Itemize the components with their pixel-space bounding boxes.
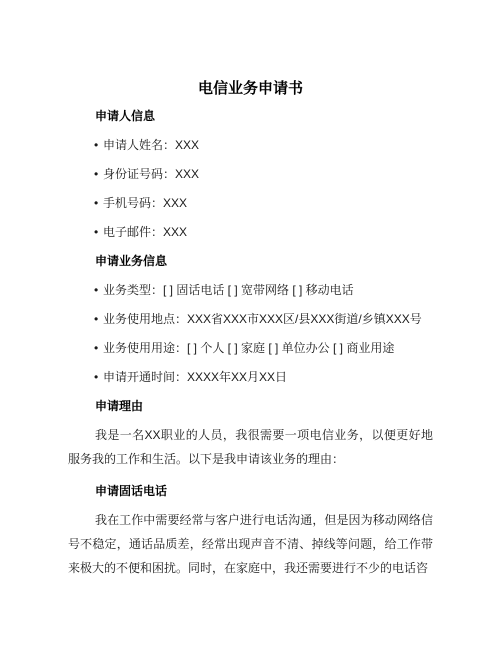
list-item-text: 申请人姓名：XXX	[103, 138, 199, 152]
bullet-icon: •	[94, 278, 103, 302]
list-item-text: 申请开通时间：XXXX年XX月XX日	[103, 370, 287, 384]
list-item-service-purpose: •业务使用用途：[ ] 个人 [ ] 家庭 [ ] 单位办公 [ ] 商业用途	[94, 336, 433, 360]
bullet-icon: •	[94, 162, 103, 186]
list-item-text: 身份证号码：XXX	[103, 167, 199, 181]
list-item-id-number: •身份证号码：XXX	[94, 162, 433, 186]
list-item-applicant-name: •申请人姓名：XXX	[94, 133, 433, 157]
list-item-text: 业务类型：[ ] 固话电话 [ ] 宽带网络 [ ] 移动电话	[103, 283, 354, 297]
paragraph-reason-intro: 我是一名XX职业的人员，我很需要一项电信业务，以便更好地服务我的工作和生活。以下…	[68, 423, 433, 471]
bullet-icon: •	[94, 133, 103, 157]
bullet-icon: •	[94, 307, 103, 331]
section-heading-fixed-line-request: 申请固话电话	[95, 479, 433, 503]
section-heading-service-info: 申请业务信息	[95, 249, 433, 273]
bullet-icon: •	[94, 365, 103, 389]
list-item-mobile-number: •手机号码：XXX	[94, 191, 433, 215]
list-item-text: 业务使用地点：XXX省XXX市XXX区/县XXX街道/乡镇XXX号	[103, 312, 422, 326]
section-heading-applicant-info: 申请人信息	[95, 104, 433, 128]
list-item-service-address: •业务使用地点：XXX省XXX市XXX区/县XXX街道/乡镇XXX号	[94, 307, 433, 331]
list-item-text: 电子邮件：XXX	[103, 225, 187, 239]
bullet-icon: •	[94, 191, 103, 215]
document-title: 电信业务申请书	[68, 77, 433, 101]
list-item-text: 业务使用用途：[ ] 个人 [ ] 家庭 [ ] 单位办公 [ ] 商业用途	[103, 341, 394, 355]
list-item-activation-date: •申请开通时间：XXXX年XX月XX日	[94, 365, 433, 389]
paragraph-fixed-line-reason: 我在工作中需要经常与客户进行电话沟通，但是因为移动网络信号不稳定，通话品质差，经…	[68, 508, 433, 580]
list-item-text: 手机号码：XXX	[103, 196, 187, 210]
document-page: 电信业务申请书 申请人信息 •申请人姓名：XXX •身份证号码：XXX •手机号…	[0, 0, 500, 647]
list-item-email: •电子邮件：XXX	[94, 220, 433, 244]
list-item-service-type: •业务类型：[ ] 固话电话 [ ] 宽带网络 [ ] 移动电话	[94, 278, 433, 302]
bullet-icon: •	[94, 220, 103, 244]
bullet-icon: •	[94, 336, 103, 360]
section-heading-application-reason: 申请理由	[95, 394, 433, 418]
